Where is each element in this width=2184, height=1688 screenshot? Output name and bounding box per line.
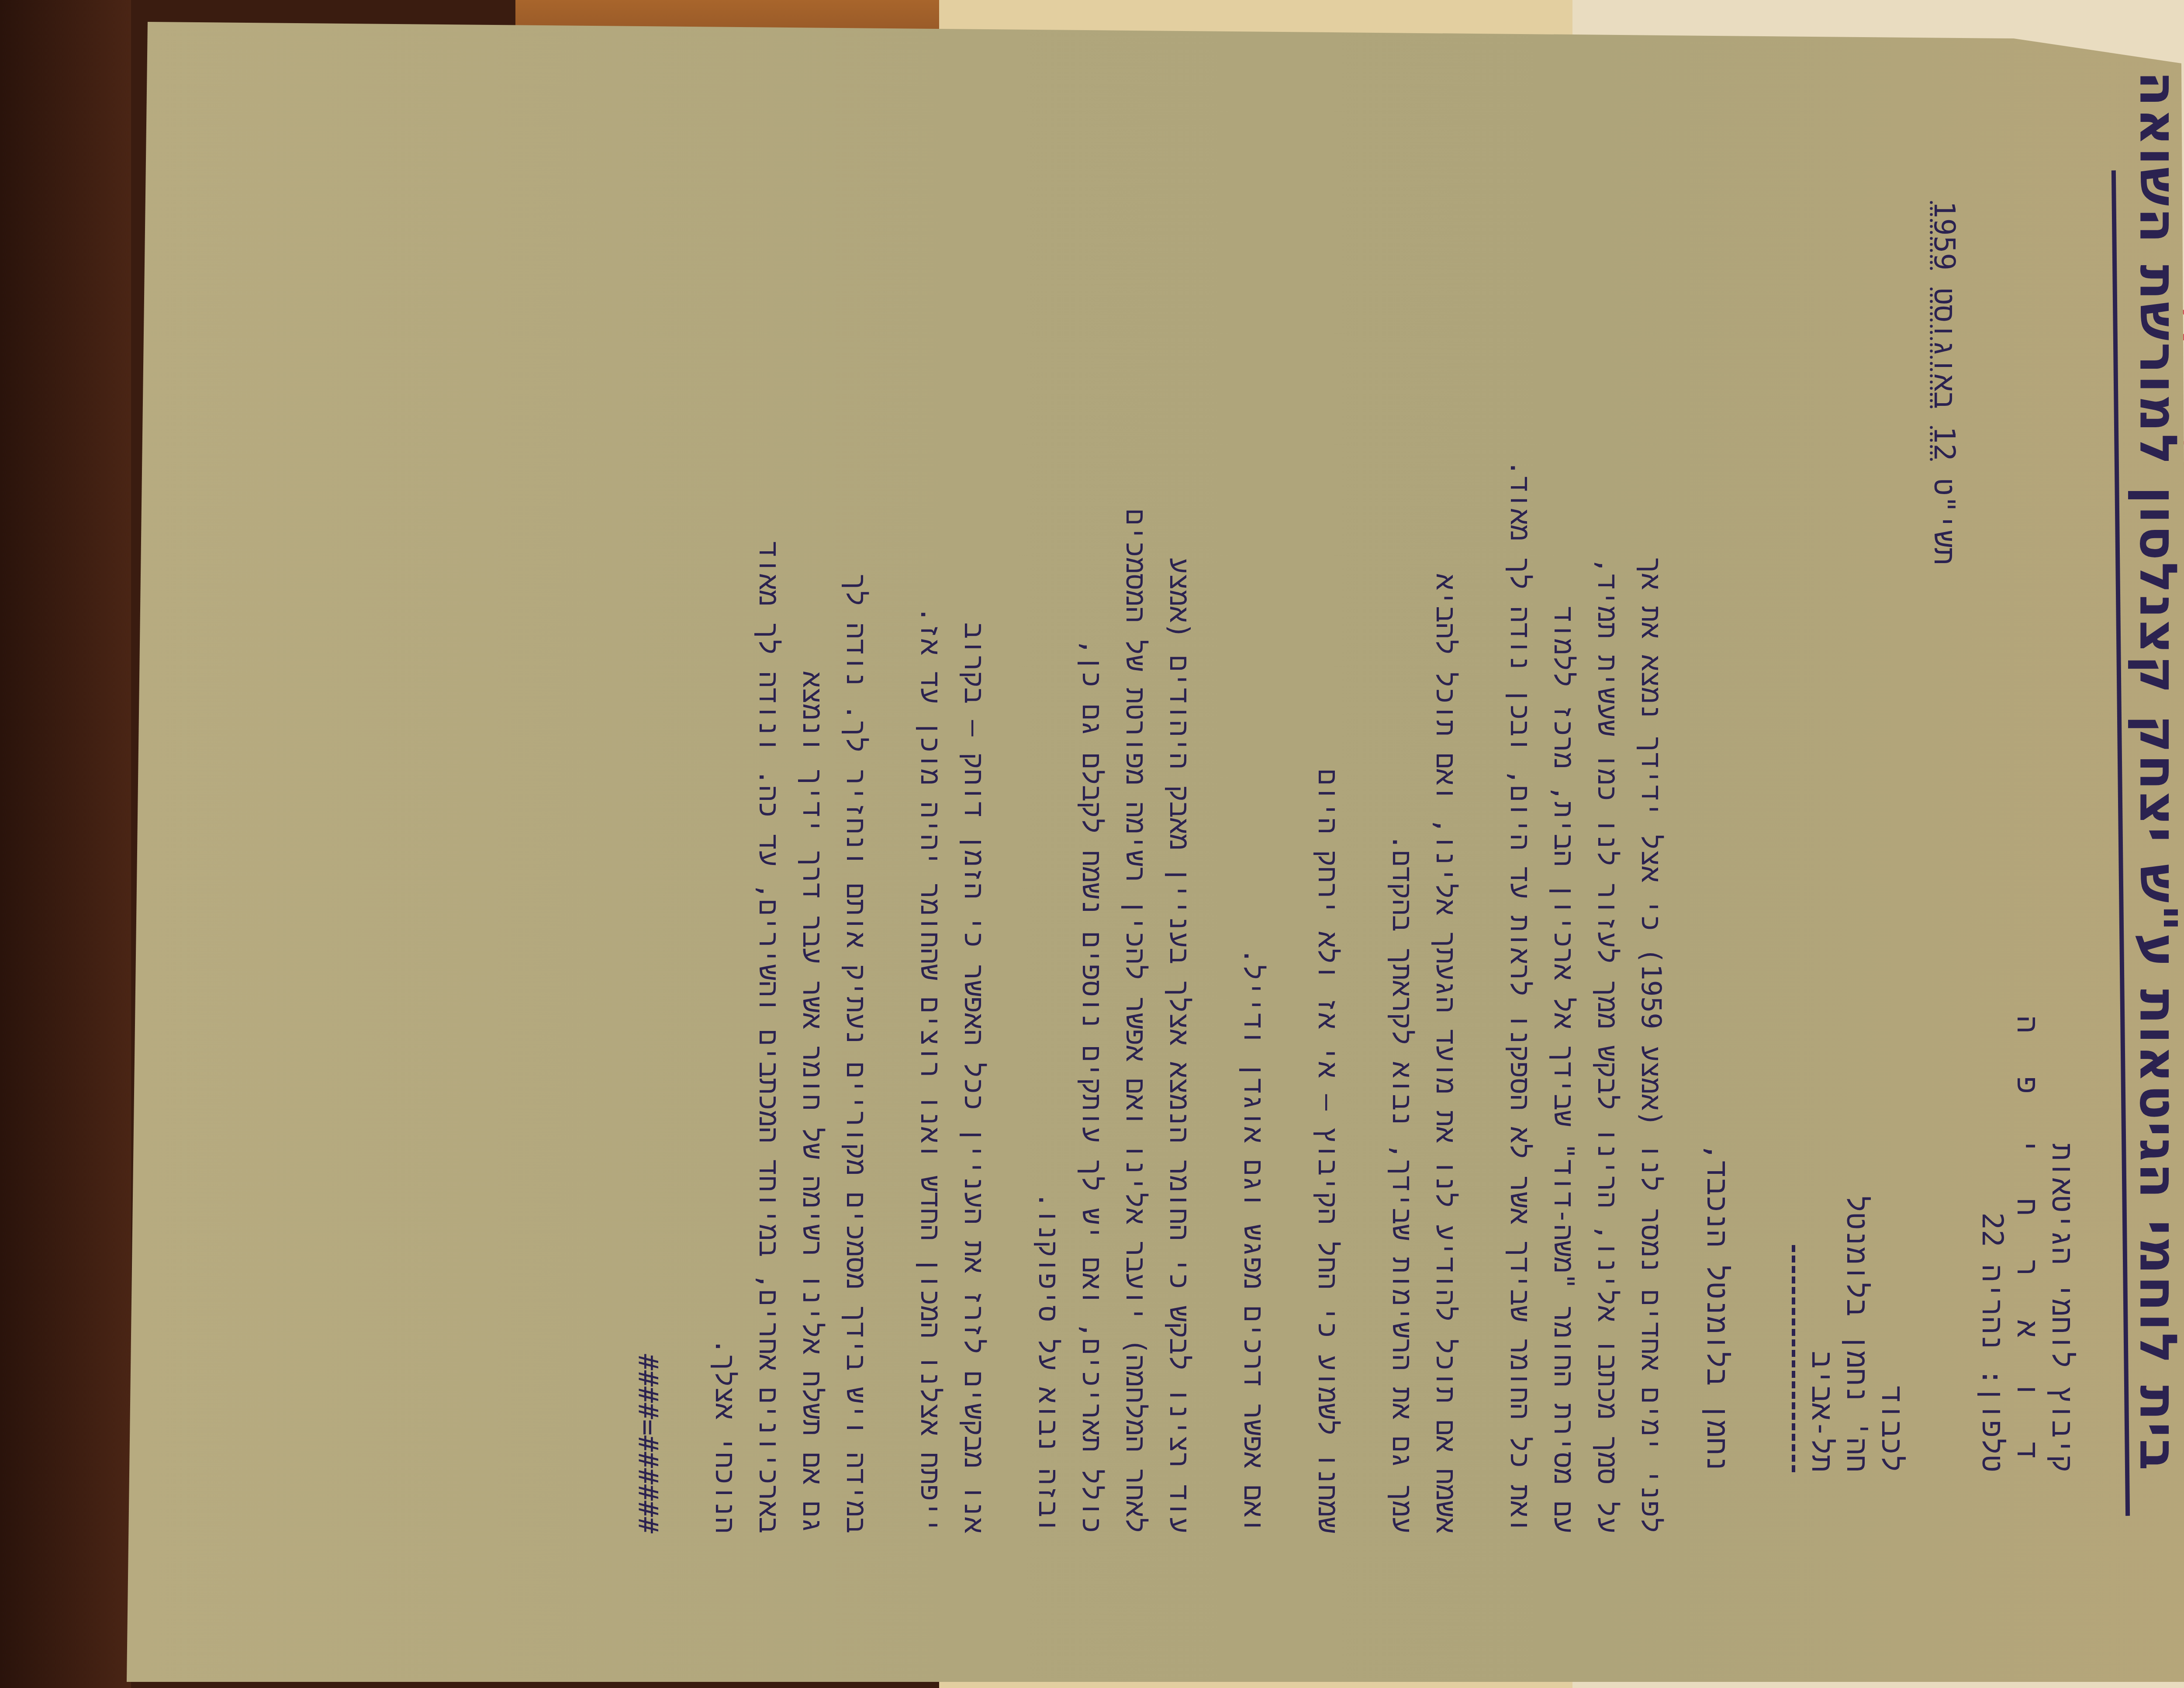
struck-out-text: ######=####	[632, 157, 664, 1533]
recipient-name: חה' נחמן בלומנטל	[1838, 1195, 1874, 1472]
letter-content: בית לוחמי הגיטאות ע"ש יצחק קצנלסון למורש…	[135, 57, 2184, 1586]
text-line: כולל תאריכים, ואם יש לך עותקים נוספים נש…	[1070, 157, 1114, 1533]
text-line: עם מסירת החומר "משה-דוד" שבידך אל ארכיון…	[1542, 157, 1586, 1533]
date-month: באוגוסט	[1928, 288, 1961, 409]
text-line: בארכיונים אחרים, במיוחד המכתבים והשירים,…	[747, 157, 791, 1533]
letter-sheet: בית לוחמי הגיטאות ע"ש יצחק קצנלסון למורש…	[127, 22, 2184, 1682]
text-line: לפני ימים אחדים נמסר לנו (אמצע 1959) כי …	[1629, 157, 1673, 1533]
letterhead-title: בית לוחמי הגיטאות ע"ש יצחק קצנלסון למורש…	[2128, 0, 2184, 1472]
text-line: עוד רצינו לבקש כי החומר הנמצא אצלך בעניי…	[1158, 157, 1201, 1533]
date-hebrew-year: תשי"ט	[1928, 478, 1961, 565]
date-year: 1959	[1928, 201, 1961, 270]
recipient-city: תל-אביב	[1804, 1351, 1839, 1472]
paragraph: אנו מבקשים לזרז את העניין ככל האפשר כי ה…	[909, 157, 996, 1533]
paragraph: במידה ויש בידך מסמכים מקוריים נעתיק אותם…	[703, 157, 878, 1533]
paragraph: אשמח אם תוכל להודיע לנו את מועד הגעתך אל…	[1380, 157, 1468, 1533]
recipient-rule	[1792, 1245, 1795, 1472]
paragraph-gap	[1201, 157, 1232, 1533]
text-line: שמחנו לשמוע כי החל הקיבוץ — אי אז ולא יר…	[1306, 157, 1350, 1533]
paragraph-gap	[1350, 157, 1380, 1533]
text-line: הנוכחי אצלך.	[703, 157, 747, 1533]
desk-surface	[0, 0, 131, 1688]
text-line: ייפתח אצלנו המכון החדש ואנו רוצים שהחומר…	[909, 157, 952, 1533]
text-line: גם אם תשלח אלינו רשימה של חומר אשר עבר ד…	[791, 157, 834, 1533]
greeting: נחמן בלומנטל הנכבד,	[1699, 1143, 1734, 1472]
text-line: אשמח אם תוכל להודיע לנו את מועד הגעתך אל…	[1424, 157, 1468, 1533]
paragraph: עוד רצינו לבקש כי החומר הנמצא אצלך בעניי…	[1026, 157, 1201, 1533]
text-line: אנו מבקשים לזרז את העניין ככל האפשר כי ה…	[952, 157, 996, 1533]
text-line: ואת כל החומר שבידך אשר לא הספקנו לראות ע…	[1498, 157, 1542, 1533]
text-line: על סמך מכתבו אלינו, הרינו לבקש ממך לעזור…	[1586, 157, 1629, 1533]
letterhead-rule	[2111, 170, 2130, 1516]
letter-body: לפני ימים אחדים נמסר לנו (אמצע 1959) כי …	[632, 157, 1673, 1533]
paragraph: ואם אפשר דרכים מפגש וגם אוגדן ודייל.	[1232, 157, 1275, 1533]
paragraph-gap	[1468, 157, 1498, 1533]
text-line: ואם אפשר דרכים מפגש וגם אוגדן ודייל.	[1232, 157, 1275, 1533]
paragraph-gap	[996, 157, 1026, 1533]
text-line: במידה ויש בידך מסמכים מקוריים נעתיק אותם…	[834, 157, 878, 1533]
paragraph-gap	[878, 157, 909, 1533]
paragraph-gap	[673, 157, 703, 1533]
letter-date: תשי"ט 12 באוגוסט 1959	[1926, 201, 1961, 565]
text-line: ובזה נבוא על סיפוקנו.	[1026, 157, 1070, 1533]
paragraph: לפני ימים אחדים נמסר לנו (אמצע 1959) כי …	[1498, 157, 1673, 1533]
letterhead-phone: טלפון: נהריה 22	[1974, 1212, 2009, 1472]
text-line: עמך גם את הרשימות שבידך, נבוא לקראתך בהק…	[1380, 157, 1424, 1533]
letterhead-address-kibbutz: קיבוץ לוחמי הגיטאות	[2044, 1143, 2079, 1472]
paragraph: שמחנו לשמוע כי החל הקיבוץ — אי אז ולא יר…	[1306, 157, 1350, 1533]
date-day: 12	[1928, 426, 1961, 461]
letterhead-address-post: ד ו א ר ח י פ ה	[2009, 1016, 2044, 1472]
recipient-to-label: לכבוד	[1873, 1386, 1909, 1472]
paragraph-gap	[1275, 157, 1306, 1533]
text-line: לאחר המלחמה) יועבר אלינו ואם אפשר להכין …	[1114, 157, 1158, 1533]
